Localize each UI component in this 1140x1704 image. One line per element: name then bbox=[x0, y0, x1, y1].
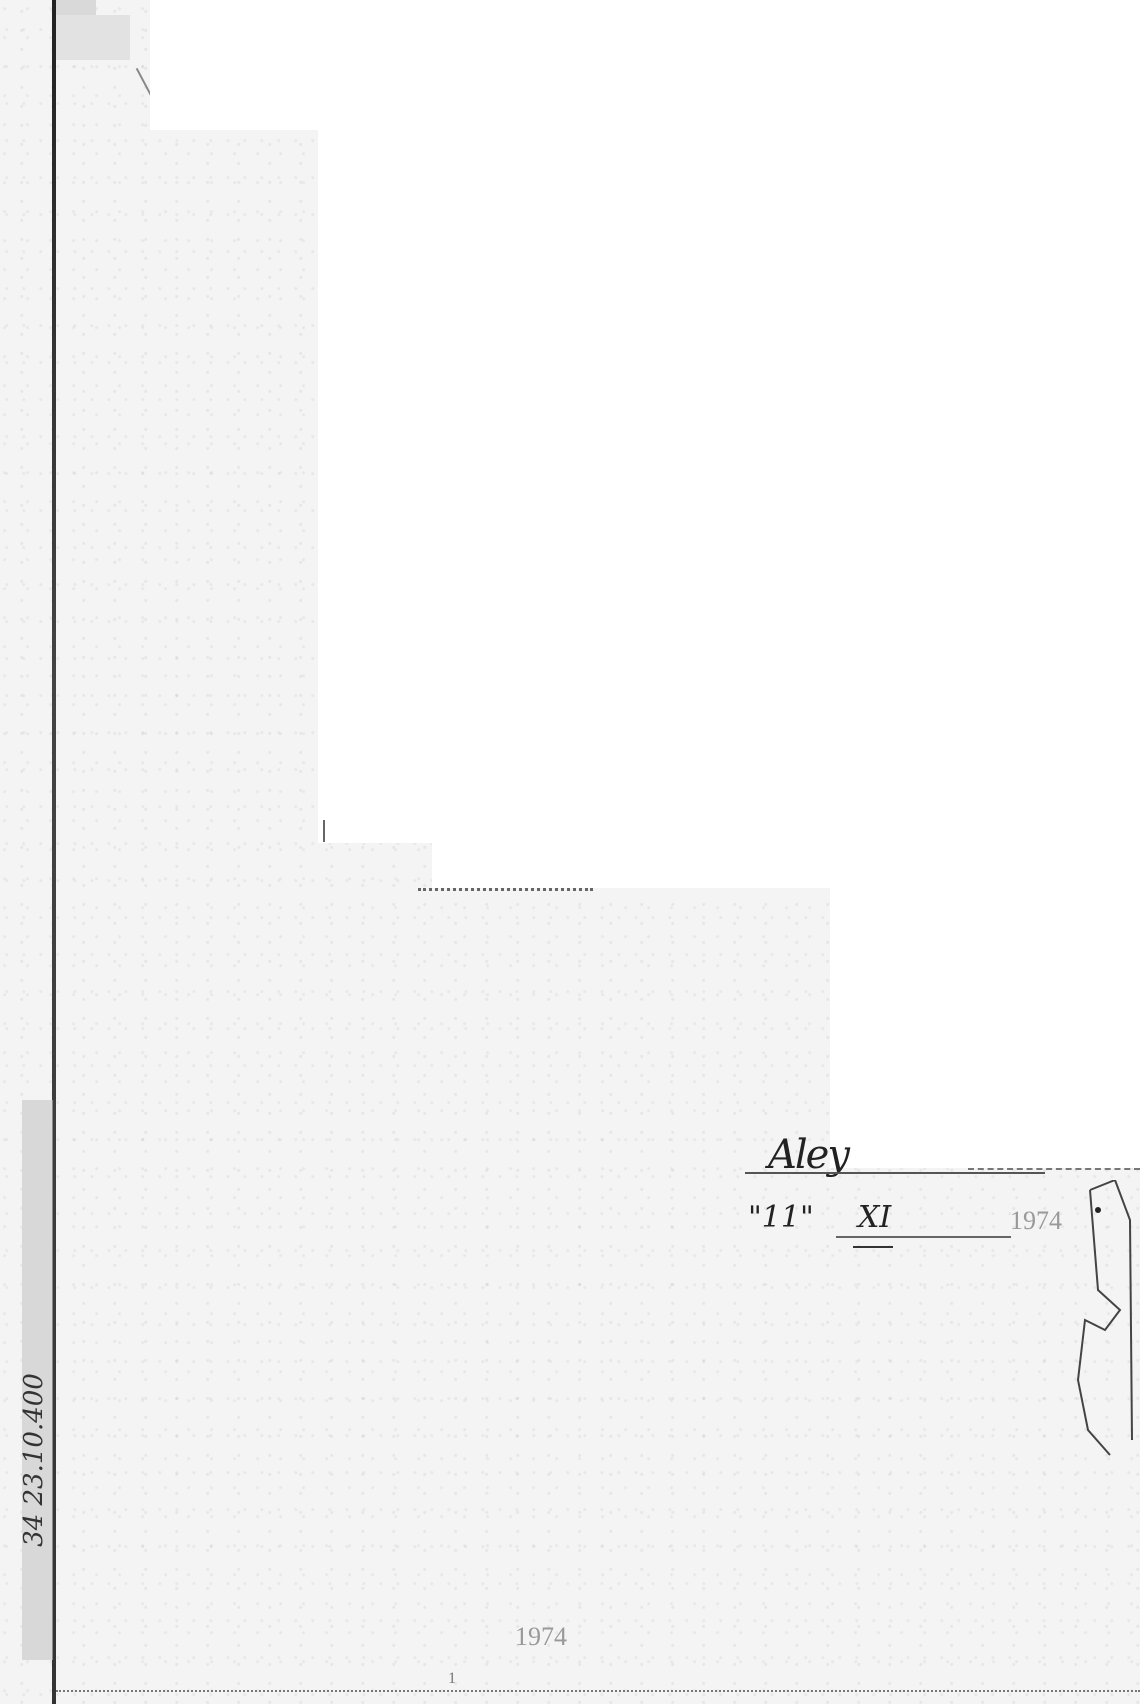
signature-line bbox=[968, 1168, 1140, 1170]
date-month: XI bbox=[858, 1200, 891, 1235]
footer-year: 1974 bbox=[515, 1622, 567, 1652]
signature-line bbox=[745, 1172, 1045, 1174]
date-underline bbox=[836, 1236, 1011, 1238]
margin-note-text: 34 23.10.400 bbox=[19, 1373, 49, 1547]
date-year: 1974 bbox=[1010, 1206, 1062, 1236]
scan-mark bbox=[418, 888, 593, 894]
scan-mark bbox=[323, 820, 325, 842]
date-day: "11" bbox=[748, 1200, 814, 1235]
redacted-region bbox=[432, 843, 1140, 888]
torn-paper-edge bbox=[1070, 1180, 1140, 1460]
redacted-region bbox=[318, 0, 1140, 843]
margin-note: 34 23.10.400 bbox=[4, 1360, 64, 1560]
scanned-page: 34 23.10.400 ДКП Aley "11" XI 1974 1974 … bbox=[0, 0, 1140, 1704]
scan-shadow bbox=[56, 15, 130, 60]
footer-mark: 1 bbox=[448, 1670, 456, 1688]
footer-line bbox=[56, 1690, 1140, 1692]
redacted-region bbox=[830, 888, 1140, 1168]
date-underline bbox=[853, 1246, 893, 1248]
